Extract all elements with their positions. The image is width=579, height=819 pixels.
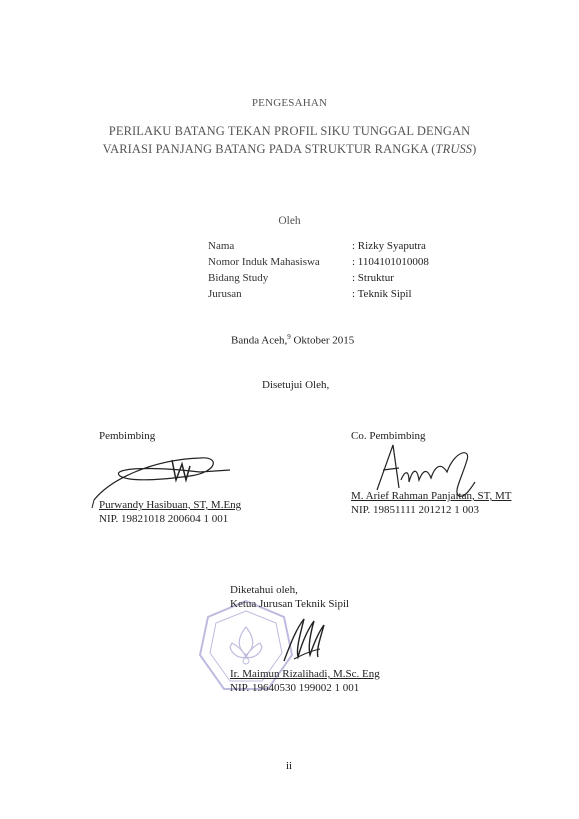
department-head-signature-icon	[280, 615, 330, 665]
approved-by-label: Disetujui Oleh,	[262, 379, 329, 391]
title-italic: TRUSS	[436, 142, 473, 156]
department-head-name: Ir. Maimun Rizalihadi, M.Sc. Eng	[230, 668, 380, 680]
acknowledged-by-label: Diketahui oleh,	[230, 584, 298, 596]
department-head-role: Ketua Jurusan Teknik Sipil	[230, 598, 349, 610]
date-place: Banda Aceh,	[231, 335, 287, 347]
info-label-field: Bidang Study	[208, 272, 268, 284]
page-number: ii	[286, 760, 292, 772]
co-supervisor-name: M. Arief Rahman Panjaitan, ST, MT	[351, 490, 512, 502]
info-label-name: Nama	[208, 240, 234, 252]
supervisor-role: Pembimbing	[99, 430, 155, 442]
page-heading: PENGESAHAN	[0, 97, 579, 109]
info-label-department: Jurusan	[208, 288, 242, 300]
info-label-nim: Nomor Induk Mahasiswa	[208, 256, 320, 268]
title-text-end: )	[472, 142, 476, 156]
info-value-name: : Rizky Syaputra	[352, 240, 426, 252]
co-supervisor-nip: NIP. 19851111 201212 1 003	[351, 504, 479, 516]
thesis-title-line-2: VARIASI PANJANG BATANG PADA STRUKTUR RAN…	[0, 142, 579, 157]
info-value-department: : Teknik Sipil	[352, 288, 412, 300]
department-head-nip: NIP. 19640530 199002 1 001	[230, 682, 359, 694]
date-month-year: Oktober 2015	[291, 335, 355, 347]
supervisor-nip: NIP. 19821018 200604 1 001	[99, 513, 228, 525]
date-line: Banda Aceh,9 Oktober 2015	[231, 333, 354, 347]
supervisor-name: Purwandy Hasibuan, ST, M.Eng	[99, 499, 241, 511]
info-value-nim: : 1104101010008	[352, 256, 429, 268]
info-value-field: : Struktur	[352, 272, 394, 284]
by-label: Oleh	[0, 215, 579, 227]
title-text: VARIASI PANJANG BATANG PADA STRUKTUR RAN…	[103, 142, 436, 156]
thesis-title-line-1: PERILAKU BATANG TEKAN PROFIL SIKU TUNGGA…	[0, 124, 579, 139]
